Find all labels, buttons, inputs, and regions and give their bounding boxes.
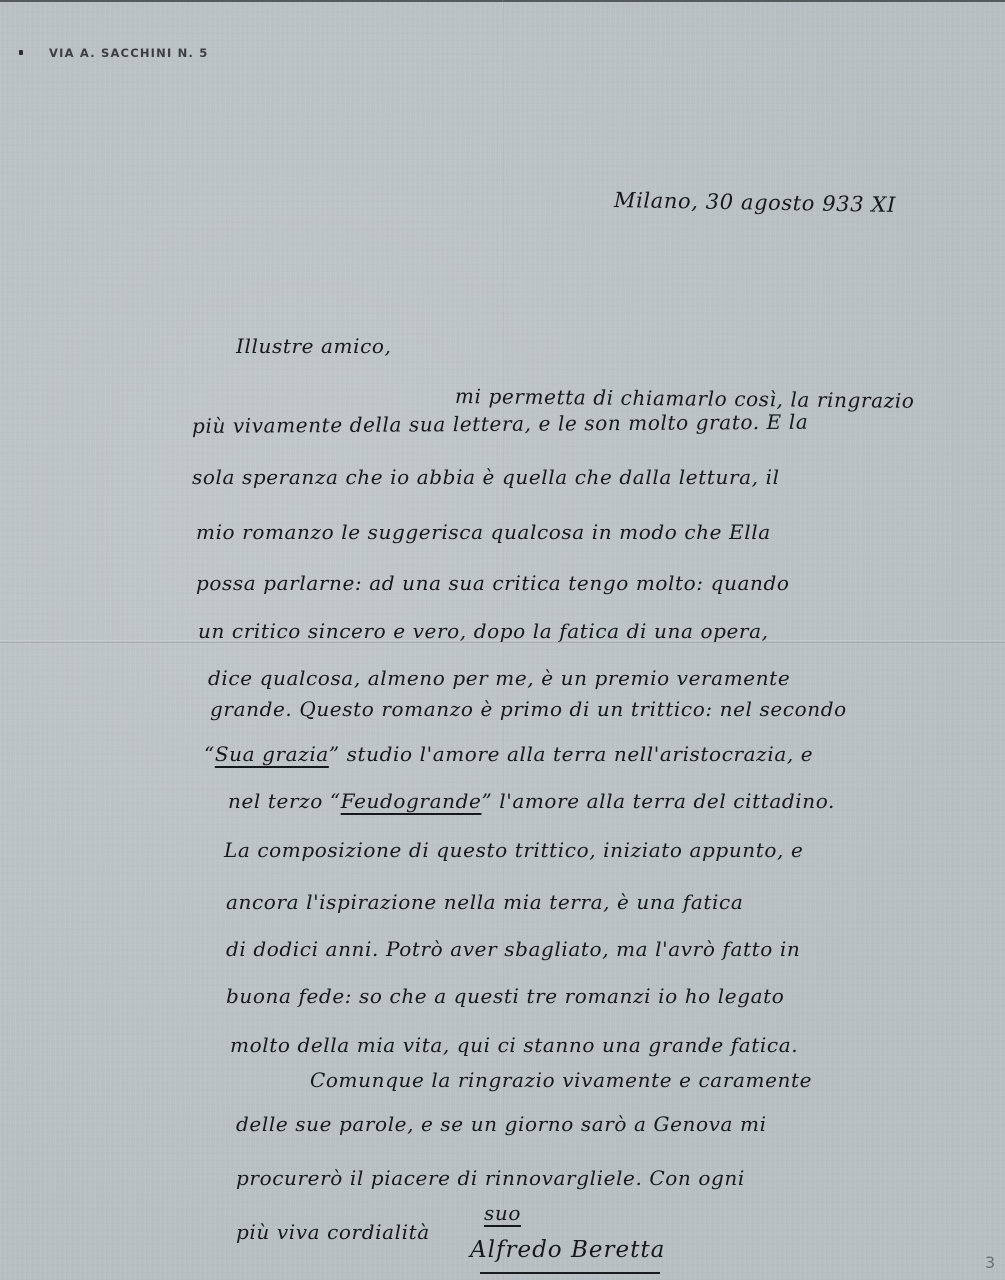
letterhead-address: VIA A. SACCHINI N. 5 xyxy=(49,46,208,60)
letterhead-bullet-icon xyxy=(19,50,23,55)
closing: suo xyxy=(484,1201,521,1225)
quote-close: ” xyxy=(329,742,347,766)
body-line-15: molto della mia vita, qui ci stanno una … xyxy=(230,1033,798,1057)
novel-title-feudogrande: Feudogrande xyxy=(341,789,482,813)
body-line-5: possa parlarne: ad una sua critica tengo… xyxy=(196,571,790,595)
body-line-17: delle sue parole, e se un giorno sarò a … xyxy=(236,1112,767,1136)
body-line-10: nel terzo “Feudogrande” l'amore alla ter… xyxy=(228,789,835,813)
body-line-18: procurerò il piacere di rinnovargliele. … xyxy=(236,1166,745,1190)
salutation: Illustre amico, xyxy=(236,334,392,358)
body-line-11: La composizione di questo trittico, iniz… xyxy=(224,838,803,862)
quote-open: “ xyxy=(323,789,341,813)
body-line-14: buona fede: so che a questi tre romanzi … xyxy=(226,984,784,1008)
quote-close: ” xyxy=(481,789,499,813)
body-line-3: sola speranza che io abbia è quella che … xyxy=(192,465,780,489)
body-line-8: grande. Questo romanzo è primo di un tri… xyxy=(210,697,847,721)
body-line-16: Comunque la ringrazio vivamente e carame… xyxy=(310,1068,812,1092)
body-line-10-text: l'amore alla terra del cittadino. xyxy=(499,789,835,813)
quote-open: “ xyxy=(204,742,215,766)
novel-title-sua-grazia: Sua grazia xyxy=(215,742,329,766)
letter-page: VIA A. SACCHINI N. 5 Milano, 30 agosto 9… xyxy=(0,0,1005,1280)
page-number: 3 xyxy=(985,1253,995,1272)
body-line-19: più viva cordialità xyxy=(236,1220,430,1244)
signature: Alfredo Beretta xyxy=(470,1237,665,1263)
body-line-10-start: nel terzo xyxy=(228,789,323,813)
body-line-4: mio romanzo le suggerisca qualcosa in mo… xyxy=(196,520,771,544)
signature-underline xyxy=(480,1272,660,1274)
body-line-1: mi permetta di chiamarlo così, la ringra… xyxy=(455,384,915,413)
body-line-2: più vivamente della sua lettera, e le so… xyxy=(192,410,808,438)
body-line-7: dice qualcosa, almeno per me, è un premi… xyxy=(208,666,790,690)
body-line-13: di dodici anni. Potrò aver sbagliato, ma… xyxy=(226,937,800,961)
body-line-12: ancora l'ispirazione nella mia terra, è … xyxy=(226,890,743,914)
body-line-6: un critico sincero e vero, dopo la fatic… xyxy=(198,619,769,643)
body-line-9: “Sua grazia” studio l'amore alla terra n… xyxy=(204,742,813,766)
date-line: Milano, 30 agosto 933 XI xyxy=(614,188,896,217)
body-line-9-text: studio l'amore alla terra nell'aristocra… xyxy=(347,742,814,766)
